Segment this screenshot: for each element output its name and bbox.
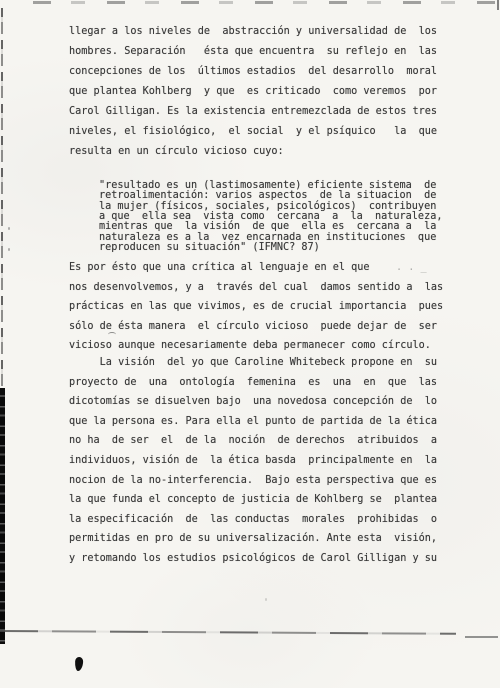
scanned-document-page: llegar a los niveles de abstracción y un… xyxy=(0,0,500,688)
text-line: no ha de ser el de la noción de derechos… xyxy=(69,431,437,451)
scan-artifact-speck xyxy=(8,248,10,251)
paragraph-continued-from-previous-page: llegar a los niveles de abstracción y un… xyxy=(69,22,437,162)
text-line: Carol Gilligan. Es la existencia entreme… xyxy=(69,102,437,122)
paragraph-critique-of-language: Es por ésto que una crítica al lenguaje … xyxy=(69,258,443,356)
scan-artifact-fold-line-dash xyxy=(465,636,498,638)
text-line: dicotomías se disuelven bajo una novedos… xyxy=(69,392,437,412)
text-line: que plantea Kohlberg y que es criticado … xyxy=(69,82,437,102)
scan-artifact-left-edge-black-band xyxy=(0,388,5,644)
text-line: individuos, visión de la ética basda pri… xyxy=(69,451,437,471)
scan-artifact-squiggle-mark xyxy=(108,332,116,337)
scan-artifact-left-edge-line xyxy=(1,8,3,390)
text-line: la que funda el concepto de justicia de … xyxy=(69,490,437,510)
text-line: prácticas en las que vivimos, es de cruc… xyxy=(69,297,443,317)
text-line: nos desenvolvemos, y a través del cual d… xyxy=(69,278,443,298)
scan-artifact-fold-line xyxy=(0,630,456,635)
text-line: proyecto de una ontología femenina es un… xyxy=(69,373,437,393)
text-line: sólo de ésta manera el círculo vicioso p… xyxy=(69,317,443,337)
text-line: concepciones de los últimos estadios del… xyxy=(69,62,437,82)
text-line: la especificación de las conductas moral… xyxy=(69,510,437,530)
text-line: La visión del yo que Caroline Whitebeck … xyxy=(69,353,437,373)
text-line: y retomando los estudios psicológicos de… xyxy=(69,549,437,569)
scan-artifact-speck xyxy=(265,598,267,601)
indented-block-quote: "resultado es un (lastimosamente) eficie… xyxy=(99,181,442,253)
scan-artifact-top-right-tick xyxy=(497,0,499,10)
scan-artifact-top-dashed-line xyxy=(25,1,498,4)
text-line: reproducen su situación" (IFMNC? 87) xyxy=(99,243,442,253)
text-line: hombres. Separación ésta que encuentra s… xyxy=(69,42,437,62)
ink-blot-mark xyxy=(75,657,84,671)
text-line: resulta en un círculo vicioso cuyo: xyxy=(69,142,437,162)
text-line: Es por ésto que una crítica al lenguaje … xyxy=(69,258,443,278)
text-line: que la persona es. Para ella el punto de… xyxy=(69,412,437,432)
scan-artifact-faint-dots: . . _ xyxy=(396,262,427,273)
text-line: niveles, el fisiológico, el social y el … xyxy=(69,122,437,142)
text-line: permitidas en pro de su universalización… xyxy=(69,529,437,549)
paragraph-whitebeck-ontology: La visión del yo que Caroline Whitebeck … xyxy=(69,353,437,569)
text-line: llegar a los niveles de abstracción y un… xyxy=(69,22,437,42)
text-line: nocion de la no-interferencia. Bajo esta… xyxy=(69,471,437,491)
scan-artifact-speck xyxy=(8,227,10,230)
